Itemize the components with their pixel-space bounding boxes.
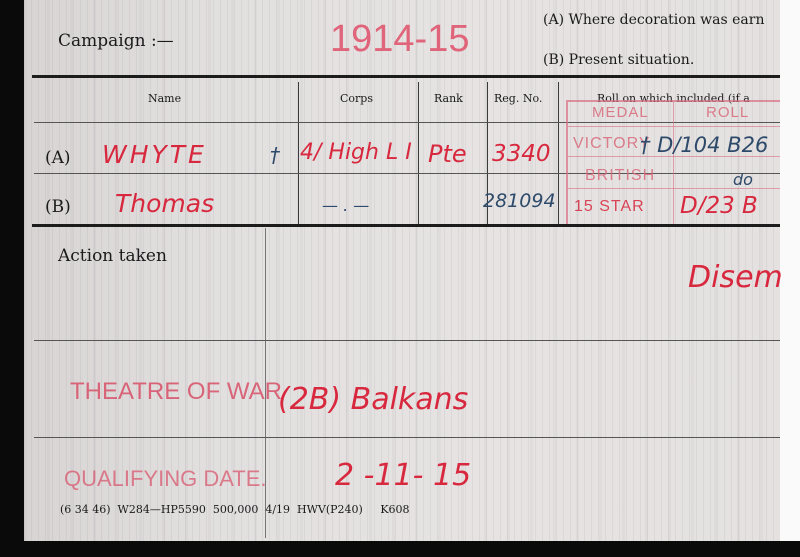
star-roll-entry: D/23 B — [680, 193, 758, 219]
deceased-annotation: † — [270, 143, 280, 167]
theatre-of-war-stamp: THEATRE OF WAR — [70, 378, 282, 406]
column-header-name: Name — [148, 92, 181, 105]
reg-no-value: 3340 — [492, 141, 551, 167]
rank-value: Pte — [428, 140, 467, 168]
roll-header-stamp: ROLL — [706, 104, 749, 121]
surname-value: WHYTE — [102, 140, 207, 169]
british-roll-entry: do — [733, 170, 753, 189]
form-print-code: (6 34 46) W284—HP5590 500,000 4/19 HWV(P… — [60, 503, 410, 516]
column-divider — [418, 82, 419, 224]
note-b: (B) Present situation. — [543, 52, 694, 68]
qualifying-date-stamp: QUALIFYING DATE. — [64, 466, 267, 492]
note-a: (A) Where decoration was earn — [543, 12, 764, 28]
victory-medal-stamp: VICTORY — [573, 135, 651, 153]
star-medal-stamp: 15 STAR — [574, 198, 645, 216]
corps-b-value: — . — — [322, 196, 369, 215]
forename-value: Thomas — [115, 189, 214, 218]
reg-no-b-value: 281094 — [483, 190, 556, 212]
campaign-label: Campaign :— — [58, 31, 174, 51]
qualifying-date-value: 2 -11- 15 — [335, 458, 471, 493]
action-note: Disem — [688, 260, 783, 295]
column-divider — [558, 82, 559, 224]
section-rule — [34, 340, 780, 341]
action-taken-label: Action taken — [58, 246, 167, 266]
scan-border-left — [0, 0, 24, 557]
corps-value: 4/ High L I — [300, 140, 412, 165]
scan-border-bottom — [0, 541, 800, 557]
row-a-marker: (A) — [45, 148, 71, 168]
scan-margin-right — [780, 0, 800, 541]
column-header-corps: Corps — [340, 92, 373, 105]
column-header-reg-no: Reg. No. — [494, 92, 542, 105]
column-divider — [298, 82, 299, 224]
header-rule — [32, 75, 780, 78]
row-b-marker: (B) — [45, 197, 71, 217]
rows-rule — [32, 224, 780, 227]
section-rule — [34, 437, 780, 438]
british-medal-stamp: BRITISH — [585, 167, 655, 185]
column-header-rank: Rank — [434, 92, 463, 105]
victory-roll-entry: † D/104 B26 — [640, 133, 768, 157]
theatre-of-war-value: (2B) Balkans — [278, 382, 468, 417]
campaign-year-stamp: 1914-15 — [330, 18, 469, 61]
medal-header-stamp: MEDAL — [592, 104, 649, 121]
